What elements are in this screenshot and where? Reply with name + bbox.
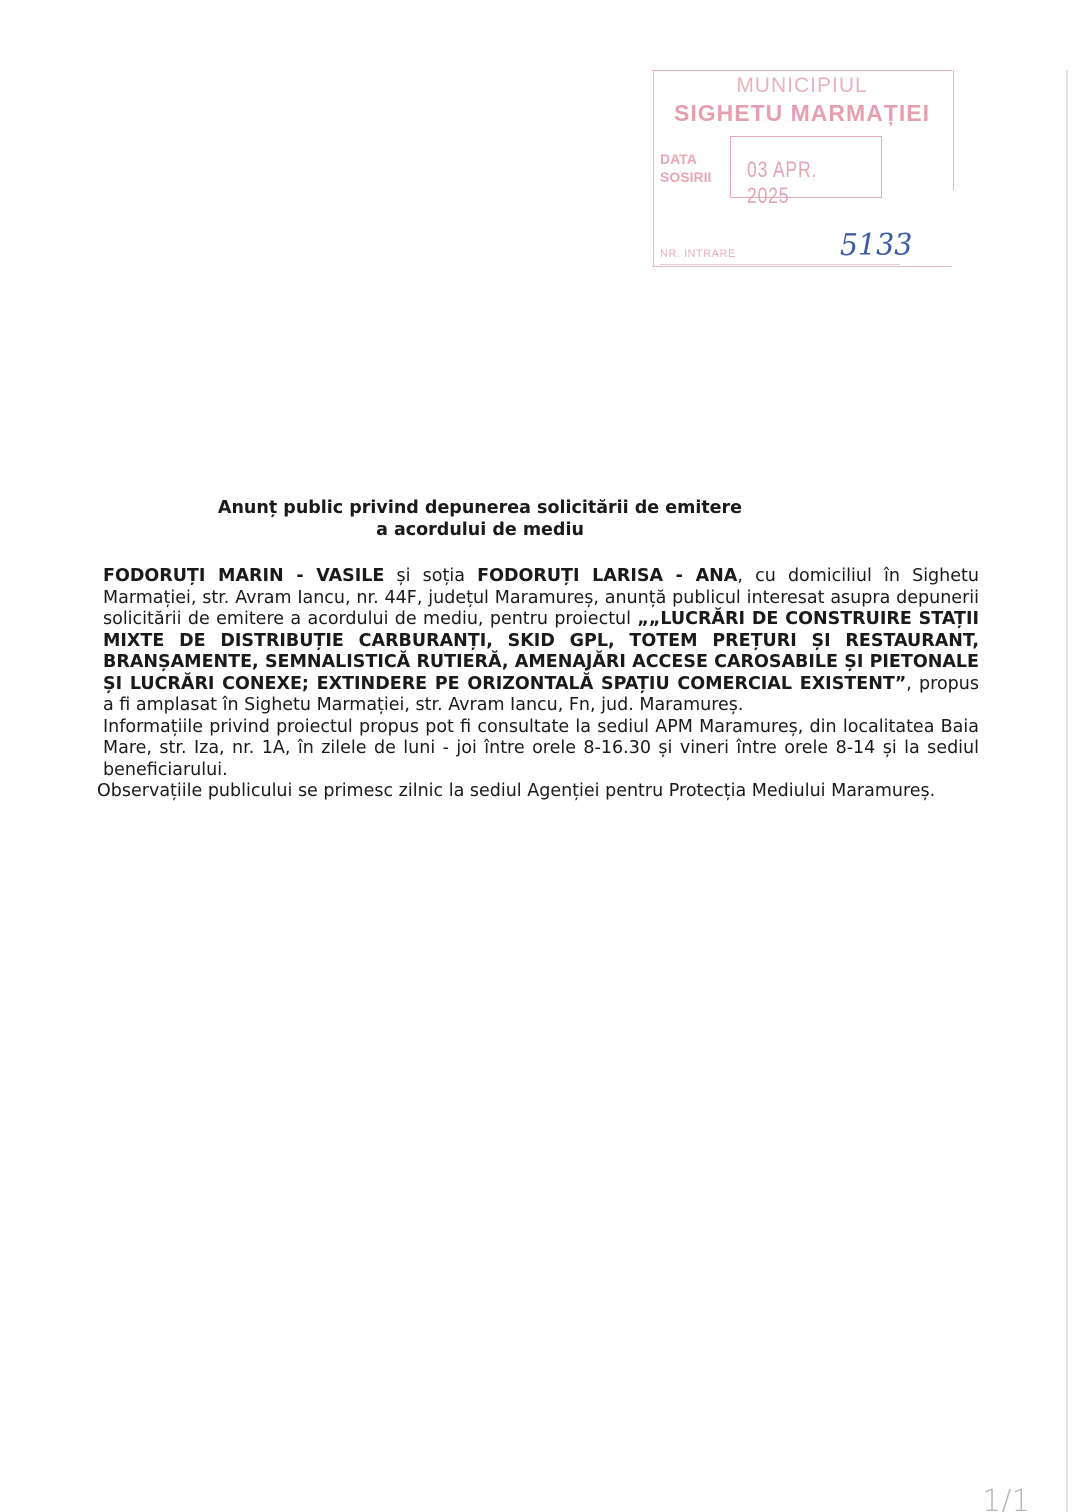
consultation-paragraph: Informațiile privind proiectul propus po… <box>103 717 979 782</box>
page-indicator: 1/1 <box>982 1484 1030 1512</box>
document-title-line2: a acordului de mediu <box>200 519 760 541</box>
stamp-entry-number: 5133 <box>840 228 913 263</box>
stamp-date-label: DATA SOSIRII <box>660 150 711 186</box>
stamp-date-label-line2: SOSIRII <box>660 168 711 186</box>
observations-paragraph: Observațiile publicului se primesc zilni… <box>97 781 979 803</box>
stamp-border-top <box>652 70 952 71</box>
stamp-entry-label: NR. INTRARE <box>660 248 736 260</box>
document-title-line1: Anunț public privind depunerea solicităr… <box>200 497 760 519</box>
page-edge-line <box>1066 70 1068 1512</box>
applicant-name-1: FODORUȚI MARIN - VASILE <box>103 566 384 586</box>
stamp-border-right <box>953 70 954 190</box>
applicant-name-2: FODORUȚI LARISA - ANA <box>477 566 737 586</box>
registration-stamp: MUNICIPIUL SIGHETU MARMAȚIEI DATA SOSIRI… <box>652 70 956 266</box>
stamp-municipality-label: MUNICIPIUL <box>652 74 952 98</box>
stamp-border-bottom <box>652 266 952 267</box>
stamp-city-name: SIGHETU MARMAȚIEI <box>652 100 952 127</box>
announcement-paragraph: FODORUȚI MARIN - VASILE și soția FODORUȚ… <box>103 566 979 717</box>
document-body: FODORUȚI MARIN - VASILE și soția FODORUȚ… <box>103 566 979 803</box>
stamp-date-label-line1: DATA <box>660 150 711 168</box>
connector-text: și soția <box>384 566 477 586</box>
stamp-entry-line <box>660 264 900 265</box>
stamp-date-box: 03 APR. 2025 <box>730 136 882 198</box>
stamp-date-value: 03 APR. 2025 <box>747 157 854 209</box>
document-title: Anunț public privind depunerea solicităr… <box>200 497 760 541</box>
